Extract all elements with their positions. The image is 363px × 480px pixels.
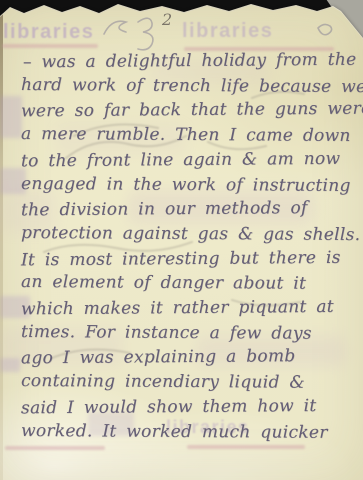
scanned-letter-page: libraries libraries libraries — [0, 0, 363, 480]
paper-wrap: libraries libraries libraries — [0, 0, 363, 480]
pencil-squiggle-marks — [0, 0, 363, 480]
page-number: 2 — [162, 10, 172, 29]
letter-paper: libraries libraries libraries — [0, 0, 363, 480]
